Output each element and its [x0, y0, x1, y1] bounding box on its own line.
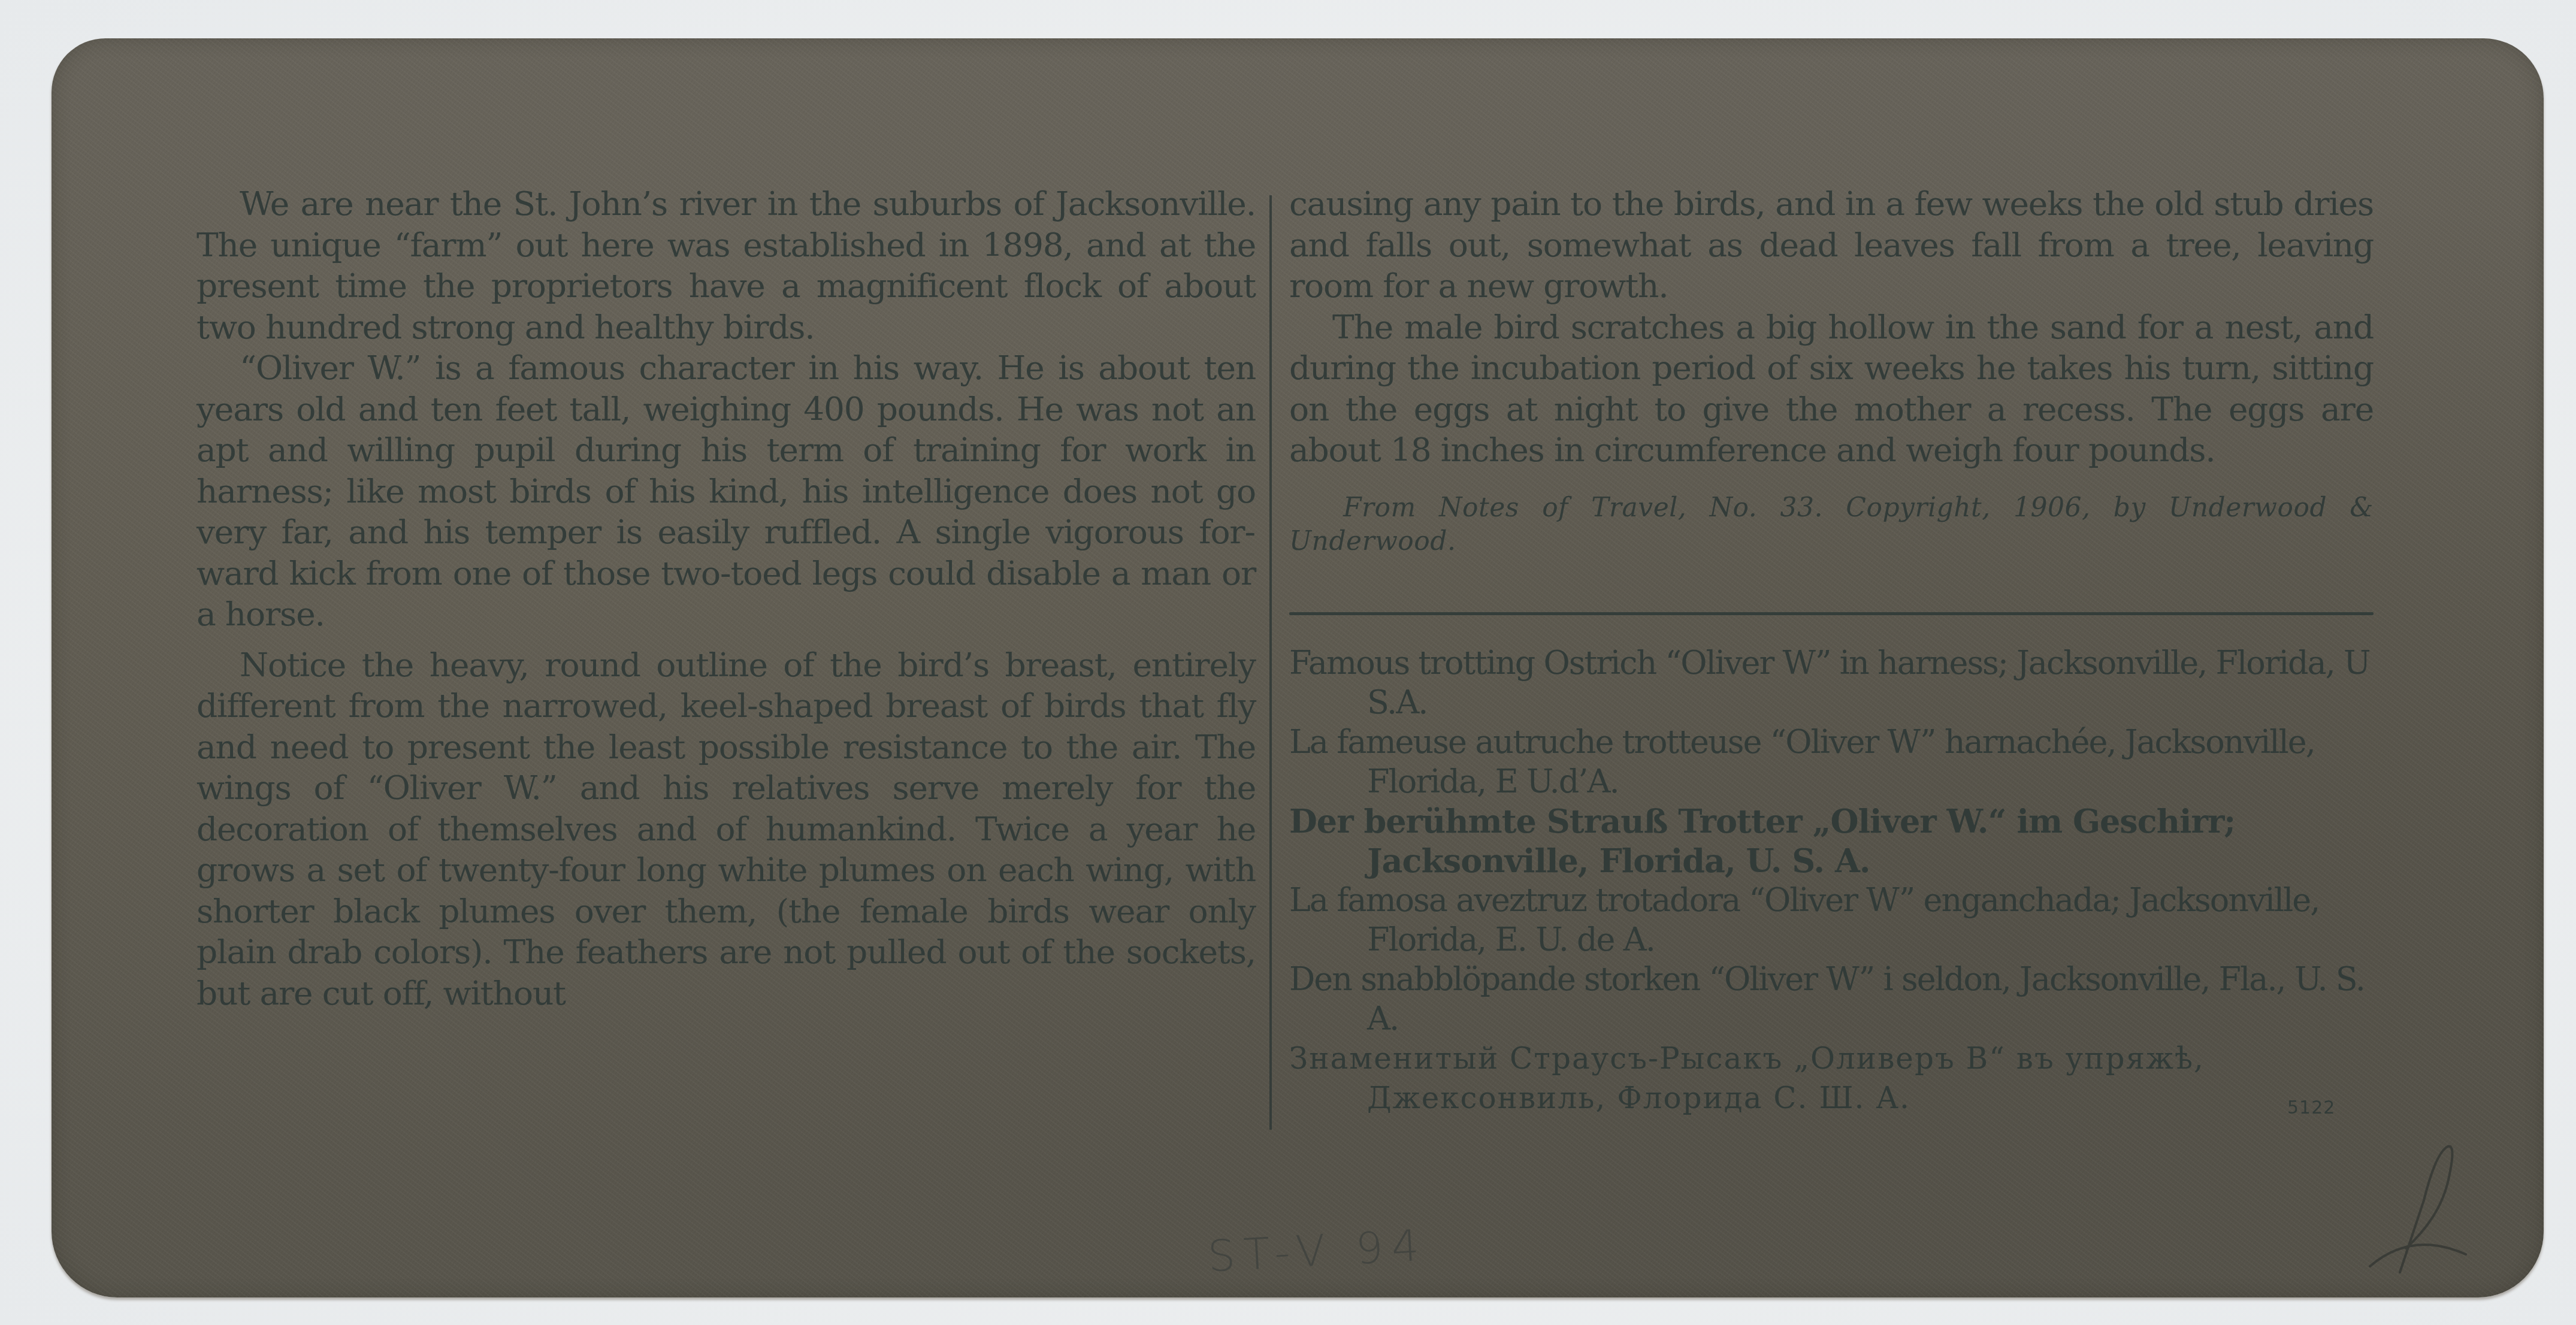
- caption-separator-rule: [1289, 612, 2374, 615]
- caption-russian: Знаменитый Страусъ-Рысакъ „Оливеръ В“ въ…: [1289, 1039, 2380, 1118]
- column-divider: [1269, 195, 1272, 1130]
- copyright-credit: From Notes of Travel, No. 33. Copyright,…: [1289, 491, 2374, 558]
- caption-german: Der berühmte Strauß Trotter „Oliver W.“ …: [1289, 801, 2380, 881]
- caption-swedish: Den snabblöpande storken “Oliver W” i se…: [1289, 960, 2380, 1039]
- handwritten-catalog-code: ST-V 94: [1207, 1220, 1428, 1281]
- serial-number: 5122: [2287, 1097, 2335, 1118]
- handwritten-corner-mark-icon: [2358, 1129, 2490, 1284]
- caption-spanish: La famosa aveztruz trotadora “Oliver W” …: [1289, 881, 2380, 960]
- paragraph-intro: We are near the St. John’s river in the …: [196, 183, 1256, 347]
- paragraph-nest: The male bird scratches a big hollow in …: [1289, 307, 2374, 471]
- left-text-column: We are near the St. John’s river in the …: [196, 183, 1256, 1014]
- right-text-column: causing any pain to the birds, and in a …: [1289, 183, 2374, 558]
- caption-french: La fameuse autruche trotteuse “Oliver W”…: [1289, 722, 2380, 801]
- paragraph-continuation: causing any pain to the birds, and in a …: [1289, 183, 2374, 307]
- paragraph-breast: Notice the heavy, round outline of the b…: [196, 645, 1256, 1014]
- stereoview-card-back: We are near the St. John’s river in the …: [52, 38, 2544, 1297]
- paragraph-oliver: “Oliver W.” is a famous character in his…: [196, 347, 1256, 635]
- multilingual-captions: Famous trotting Ostrich “Oliver W” in ha…: [1289, 643, 2380, 1118]
- caption-english: Famous trotting Ostrich “Oliver W” in ha…: [1289, 643, 2380, 722]
